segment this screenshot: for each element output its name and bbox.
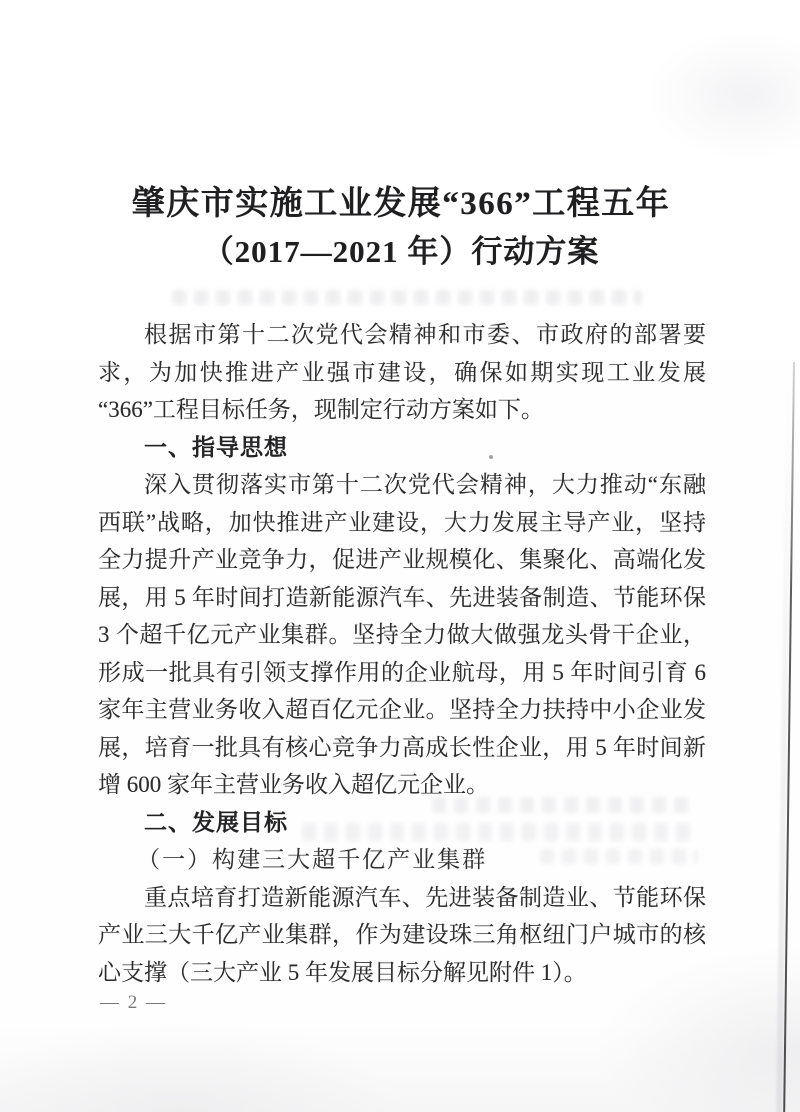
- body-line: 增 600 家年主营业务收入超亿元企业。: [98, 766, 706, 804]
- document-title-line2: （2017—2021 年）行动方案: [85, 227, 717, 277]
- section-heading-1: 一、指导思想: [98, 429, 706, 467]
- body-line: 展，培育一批具有核心竞争力高成长性企业，用 5 年时间新: [98, 729, 706, 767]
- page-number: — 2 —: [100, 992, 300, 1014]
- body-line: 产业三大千亿产业集群，作为建设珠三角枢纽门户城市的核: [98, 916, 706, 954]
- document-title-line1: 肇庆市实施工业发展“366”工程五年: [85, 181, 717, 227]
- document-title: 肇庆市实施工业发展“366”工程五年 （2017—2021 年）行动方案: [85, 181, 717, 277]
- sub-section-heading: （一）构建三大超千亿产业集群: [98, 841, 706, 879]
- section-heading-2: 二、发展目标: [98, 804, 706, 842]
- body-line: “366”工程目标任务，现制定行动方案如下。: [98, 391, 706, 429]
- body-line: 深入贯彻落实市第十二次党代会精神，大力推动“东融: [98, 466, 706, 504]
- body-line: 根据市第十二次党代会精神和市委、市政府的部署要: [98, 316, 706, 354]
- body-line: 形成一批具有引领支撑作用的企业航母，用 5 年时间引育 6: [98, 654, 706, 692]
- document-body: 根据市第十二次党代会精神和市委、市政府的部署要 求，为加快推进产业强市建设，确保…: [98, 316, 706, 991]
- body-line: 西联”战略，加快推进产业建设，大力发展主导产业，坚持: [98, 504, 706, 542]
- body-line: 求，为加快推进产业强市建设，确保如期实现工业发展: [98, 354, 706, 392]
- body-line: 家年主营业务收入超百亿元企业。坚持全力扶持中小企业发: [98, 691, 706, 729]
- body-line: 重点培育打造新能源汽车、先进装备制造业、节能环保: [98, 879, 706, 917]
- body-line: 展，用 5 年时间打造新能源汽车、先进装备制造、节能环保: [98, 579, 706, 617]
- body-line: 心支撑（三大产业 5 年发展目标分解见附件 1）。: [98, 954, 706, 992]
- body-line: 全力提升产业竞争力，促进产业规模化、集聚化、高端化发: [98, 541, 706, 579]
- ink-bleed-ghost: [172, 290, 642, 305]
- body-line: 3 个超千亿元产业集群。坚持全力做大做强龙头骨干企业，: [98, 616, 706, 654]
